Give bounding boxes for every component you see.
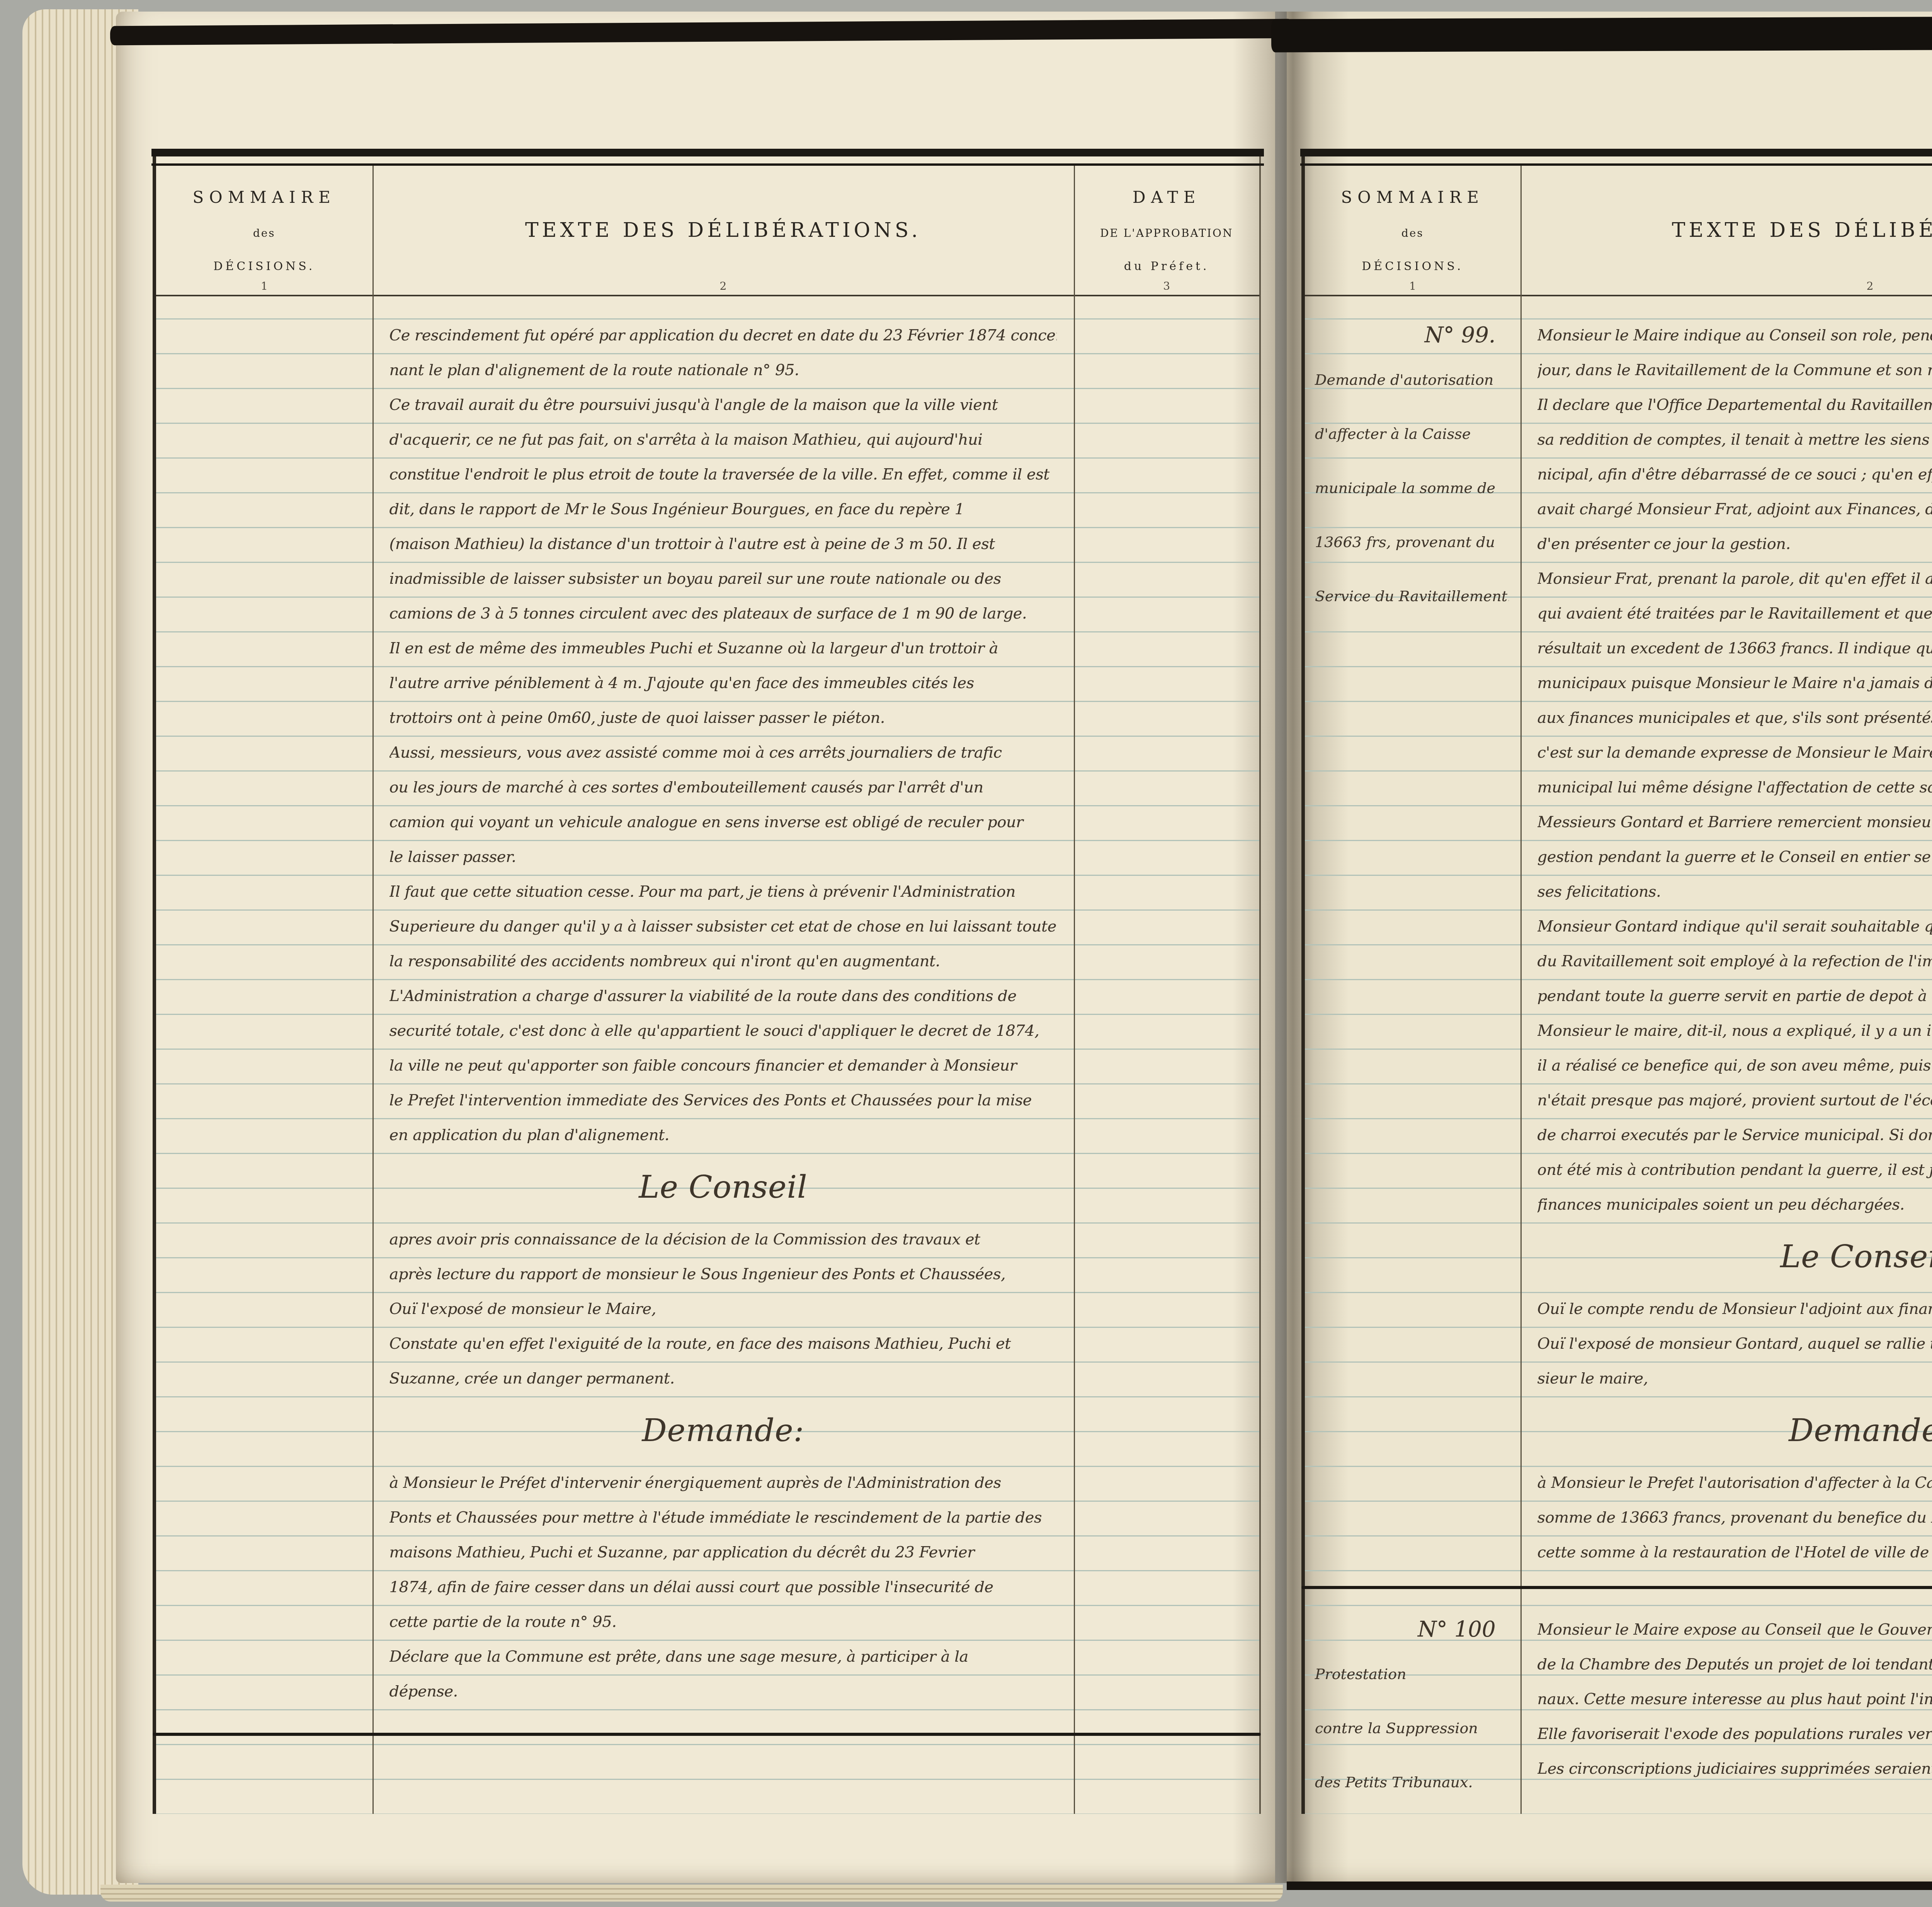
sommaire-line: d'affecter à la Caisse — [1310, 408, 1509, 462]
text-line: somme de 13663 francs, provenant du bene… — [1537, 1501, 1932, 1536]
text-line: apres avoir pris connaissance de la déci… — [389, 1223, 1057, 1258]
text-line: Monsieur le Maire expose au Conseil que … — [1537, 1613, 1932, 1648]
text-line: le Prefet l'intervention immediate des S… — [389, 1084, 1057, 1118]
text-line: résultait un excedent de 13663 francs. I… — [1537, 632, 1932, 666]
header-line: SOMMAIRE — [1341, 188, 1484, 207]
text-line: Les circonscriptions judiciaires supprim… — [1537, 1752, 1932, 1787]
text-line: Ce rescindement fut opéré par applicatio… — [389, 319, 1057, 354]
text-line: gestion pendant la guerre et le Conseil … — [1537, 840, 1932, 875]
text-line: l'autre arrive péniblement à 4 m. J'ajou… — [389, 666, 1057, 701]
text-line: à Monsieur le Prefet l'autorisation d'af… — [1537, 1466, 1932, 1501]
text-line: naux. Cette mesure interesse au plus hau… — [1537, 1683, 1932, 1717]
entry-separator — [1301, 1586, 1932, 1589]
book-bottom-edge — [1287, 1882, 1932, 1890]
text-line: nicipal, afin d'être débarrassé de ce so… — [1537, 458, 1932, 493]
text-line: c'est sur la demande expresse de Monsieu… — [1537, 736, 1932, 771]
entry-99-sommaire: N° 99. Demande d'autorisationd'affecter … — [1310, 319, 1509, 624]
sommaire-line: 13663 frs, provenant du — [1310, 516, 1509, 570]
entry-100-text: Monsieur le Maire expose au Conseil que … — [1537, 1613, 1932, 1787]
text-line: ses felicitations. — [1537, 875, 1932, 910]
text-line: Messieurs Gontard et Barriere remercient… — [1537, 806, 1932, 840]
text-line: jour, dans le Ravitaillement de la Commu… — [1537, 354, 1932, 388]
text-line: 1874, afin de faire cesser dans un délai… — [389, 1570, 1057, 1605]
text-line: ou les jours de marché à ces sortes d'em… — [389, 771, 1057, 806]
header-line: DÉCISIONS. — [1362, 260, 1463, 273]
column-number: 2 — [372, 280, 1074, 292]
text-line: maisons Mathieu, Puchi et Suzanne, par a… — [389, 1536, 1057, 1570]
column-number: 1 — [156, 280, 372, 292]
header-line: DE L'APPROBATION — [1100, 227, 1233, 240]
header-date: DATEDE L'APPROBATIONdu Préfet. 3 — [1074, 166, 1259, 295]
text-line: Elle favoriserait l'exode des population… — [1537, 1717, 1932, 1752]
text-line: Aussi, messieurs, vous avez assisté comm… — [389, 736, 1057, 771]
entry-100-sommaire: N° 100 Protestationcontre la Suppression… — [1310, 1613, 1509, 1810]
header-row: SOMMAIREdesDÉCISIONS. 1 TEXTE DES DÉLIBÉ… — [156, 166, 1259, 296]
text-line: Demande: — [1537, 1397, 1932, 1466]
header-line: des — [253, 227, 276, 240]
header-line: DATE — [1133, 188, 1201, 207]
sommaire-line: Service du Ravitaillement. — [1310, 570, 1509, 624]
text-line: Superieure du danger qu'il y a à laisser… — [389, 910, 1057, 945]
text-line: n'était presque pas majoré, provient sur… — [1537, 1084, 1932, 1118]
text-line: après lecture du rapport de monsieur le … — [389, 1258, 1057, 1292]
header-line: des — [1401, 227, 1424, 240]
header-texte: TEXTE DES DÉLIBÉRATIONS. 2 — [372, 166, 1074, 295]
sommaire-line: contre la Suppression — [1310, 1702, 1509, 1756]
text-line: il a réalisé ce benefice qui, de son ave… — [1537, 1049, 1932, 1084]
text-line: du Ravitaillement soit employé à la refe… — [1537, 945, 1932, 979]
text-line: ont été mis à contribution pendant la gu… — [1537, 1153, 1932, 1188]
header-line: DÉCISIONS. — [213, 260, 315, 273]
text-line: sieur le maire, — [1537, 1362, 1932, 1397]
text-line: Monsieur le Maire indique au Conseil son… — [1537, 319, 1932, 354]
text-line: nant le plan d'alignement de la route na… — [389, 354, 1057, 388]
text-line: Monsieur Frat, prenant la parole, dit qu… — [1537, 562, 1932, 597]
sommaire-line: Demande d'autorisation — [1310, 354, 1509, 408]
text-line: Le Conseil — [389, 1153, 1057, 1223]
header-title: TEXTE DES DÉLIBÉRATIONS. — [1672, 219, 1932, 242]
top-rule — [151, 149, 1264, 166]
text-line: avait chargé Monsieur Frat, adjoint aux … — [1537, 493, 1932, 527]
text-line: trottoirs ont à peine 0m60, juste de quo… — [389, 701, 1057, 736]
text-line: municipal lui même désigne l'affectation… — [1537, 771, 1932, 806]
column-divider — [1520, 166, 1522, 1814]
entry-separator — [153, 1733, 1261, 1736]
column-divider — [372, 166, 374, 1814]
header-title: TEXTE DES DÉLIBÉRATIONS. — [525, 219, 921, 242]
text-line: cette partie de la route n° 95. — [389, 1605, 1057, 1640]
text-line: (maison Mathieu) la distance d'un trotto… — [389, 527, 1057, 562]
header-line: SOMMAIRE — [193, 188, 336, 207]
text-line: de la Chambre des Deputés un projet de l… — [1537, 1648, 1932, 1683]
text-line: la responsabilité des accidents nombreux… — [389, 945, 1057, 979]
register-table-left: SOMMAIREdesDÉCISIONS. 1 TEXTE DES DÉLIBÉ… — [153, 149, 1261, 1814]
text-line: sa reddition de comptes, il tenait à met… — [1537, 423, 1932, 458]
text-line: aux finances municipales et que, s'ils s… — [1537, 701, 1932, 736]
entry-number: N° 99. — [1310, 319, 1509, 354]
header-texte: TEXTE DES DÉLIBÉRATIONS. 2 — [1520, 166, 1932, 295]
header-sommaire: SOMMAIREdesDÉCISIONS. 1 — [156, 166, 372, 295]
text-line: Ouï l'exposé de monsieur le Maire, — [389, 1292, 1057, 1327]
text-line: Monsieur le maire, dit-il, nous a expliq… — [1537, 1014, 1932, 1049]
entry-99-text: Monsieur le Maire indique au Conseil son… — [1537, 319, 1932, 1570]
text-line: cette somme à la restauration de l'Hotel… — [1537, 1536, 1932, 1570]
text-line: Constate qu'en effet l'exiguité de la ro… — [389, 1327, 1057, 1362]
text-line: Il declare que l'Office Departemental du… — [1537, 388, 1932, 423]
text-line: Il faut que cette situation cesse. Pour … — [389, 875, 1057, 910]
text-line: d'en présenter ce jour la gestion. — [1537, 527, 1932, 562]
sommaire-line: des Petits Tribunaux. — [1310, 1756, 1509, 1810]
text-line: camion qui voyant un vehicule analogue e… — [389, 806, 1057, 840]
text-line: Demande: — [389, 1397, 1057, 1466]
text-line: dit, dans le rapport de Mr le Sous Ingén… — [389, 493, 1057, 527]
text-line: constitue l'endroit le plus etroit de to… — [389, 458, 1057, 493]
text-line: d'acquerir, ce ne fut pas fait, on s'arr… — [389, 423, 1057, 458]
text-line: Ce travail aurait du être poursuivi jusq… — [389, 388, 1057, 423]
top-rule — [1300, 149, 1932, 166]
text-line: securité totale, c'est donc à elle qu'ap… — [389, 1014, 1057, 1049]
text-line: en application du plan d'alignement. — [389, 1118, 1057, 1153]
column-number: 2 — [1520, 280, 1932, 292]
deliberation-text-left: Ce rescindement fut opéré par applicatio… — [389, 319, 1057, 1710]
entry-number: N° 100 — [1310, 1613, 1509, 1648]
header-row: SOMMAIREdesDÉCISIONS. 1 TEXTE DES DÉLIBÉ… — [1305, 166, 1932, 296]
text-line: Déclare que la Commune est prête, dans u… — [389, 1640, 1057, 1675]
text-line: pendant toute la guerre servit en partie… — [1537, 979, 1932, 1014]
text-line: la ville ne peut qu'apporter son faible … — [389, 1049, 1057, 1084]
sommaire-line: municipale la somme de — [1310, 462, 1509, 516]
book-page-stack-bottom — [100, 1885, 1283, 1902]
sommaire-line: Protestation — [1310, 1648, 1509, 1702]
text-line: Ponts et Chaussées pour mettre à l'étude… — [389, 1501, 1057, 1536]
text-line: le laisser passer. — [389, 840, 1057, 875]
text-line: Monsieur Gontard indique qu'il serait so… — [1537, 910, 1932, 945]
column-number: 3 — [1074, 280, 1259, 292]
text-line: finances municipales soient un peu décha… — [1537, 1188, 1932, 1223]
register-table-right: SOMMAIREdesDÉCISIONS. 1 TEXTE DES DÉLIBÉ… — [1301, 149, 1932, 1814]
text-line: L'Administration a charge d'assurer la v… — [389, 979, 1057, 1014]
text-line: à Monsieur le Préfet d'intervenir énergi… — [389, 1466, 1057, 1501]
text-line: dépense. — [389, 1675, 1057, 1710]
header-line: du Préfet. — [1124, 260, 1209, 273]
text-line: municipaux puisque Monsieur le Maire n'a… — [1537, 666, 1932, 701]
text-line: Il en est de même des immeubles Puchi et… — [389, 632, 1057, 666]
book-top-edge-right — [1271, 15, 1932, 53]
text-line: Le Conseil: — [1537, 1223, 1932, 1292]
text-line: Suzanne, crée un danger permanent. — [389, 1362, 1057, 1397]
column-number: 1 — [1305, 280, 1520, 292]
text-line: camions de 3 à 5 tonnes circulent avec d… — [389, 597, 1057, 632]
text-line: Ouï l'exposé de monsieur Gontard, auquel… — [1537, 1327, 1932, 1362]
text-line: Ouï le compte rendu de Monsieur l'adjoin… — [1537, 1292, 1932, 1327]
column-divider — [1074, 166, 1075, 1814]
text-line: de charroi executés par le Service munic… — [1537, 1118, 1932, 1153]
text-line: inadmissible de laisser subsister un boy… — [389, 562, 1057, 597]
header-sommaire: SOMMAIREdesDÉCISIONS. 1 — [1305, 166, 1520, 295]
text-line: qui avaient été traitées par le Ravitail… — [1537, 597, 1932, 632]
